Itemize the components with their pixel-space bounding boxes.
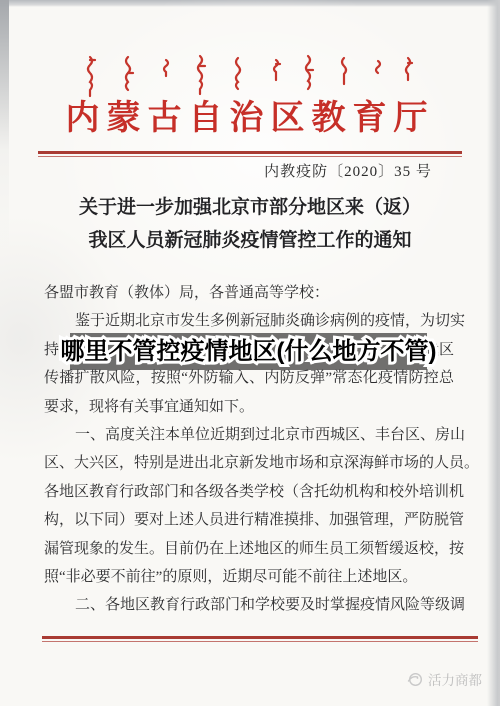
body-line: 区、大兴区，特别是进出北京新发地市场和京深海鲜市场的人员。 <box>44 449 454 477</box>
body-line: 一、高度关注本单位近期到过北京市西城区、丰台区、房山 <box>44 421 454 449</box>
body-line: 二、各地区教育行政部门和学校要及时掌握疫情风险等级调 <box>44 591 454 619</box>
watermark-logo-icon <box>406 671 423 688</box>
watermark: 活力商都 <box>406 669 482 689</box>
mongolian-script-icon <box>78 54 422 100</box>
caption-overlay-band: 哪里不管控疫情地区(什么地方不管) 哪里不管控疫情地区(什么地方不管) <box>70 333 427 370</box>
photo-edge-top <box>0 0 500 7</box>
notice-title: 关于进一步加强北京市部分地区来（返） 我区人员新冠肺炎疫情管控工作的通知 <box>0 191 500 257</box>
caption-text-fill: 哪里不管控疫情地区(什么地方不管) <box>61 338 437 365</box>
header-rule <box>38 151 462 157</box>
notice-title-line-1: 关于进一步加强北京市部分地区来（返） <box>0 191 500 224</box>
body-line: 要求，现将有关事宜通知如下。 <box>44 393 454 421</box>
notice-body: 各盟市教育（教体）局，各普通高等学校： 鉴于近期北京市发生多例新冠肺炎确诊病例的… <box>44 279 454 620</box>
document-photo: 内蒙古自治区教育厅 内教疫防〔2020〕35 号 关于进一步加强北京市部分地区来… <box>0 0 500 706</box>
body-line: 漏管现象的发生。目前仍在上述地区的师生员工须暂缓返校，按 <box>44 535 454 563</box>
agency-name: 内蒙古自治区教育厅 <box>0 96 500 142</box>
notice-title-line-2: 我区人员新冠肺炎疫情管控工作的通知 <box>0 224 500 257</box>
body-line: 各地区教育行政部门和各级各类学校（含托幼机构和校外培训机 <box>44 478 454 506</box>
body-line: 构，以下同）要对上述人员进行精准摸排、加强管理，严防脱管 <box>44 506 454 534</box>
watermark-label: 活力商都 <box>428 669 482 689</box>
body-line-salutation: 各盟市教育（教体）局，各普通高等学校： <box>44 279 454 307</box>
footer-rule <box>42 636 478 642</box>
caption-text: 哪里不管控疫情地区(什么地方不管) 哪里不管控疫情地区(什么地方不管) <box>61 333 437 370</box>
body-line: 鉴于近期北京市发生多例新冠肺炎确诊病例的疫情，为切实 <box>44 307 454 335</box>
body-line: 照“非必要不前往”的原则，近期尽可能不前往上述地区。 <box>44 563 454 591</box>
document-number: 内教疫防〔2020〕35 号 <box>240 160 456 181</box>
